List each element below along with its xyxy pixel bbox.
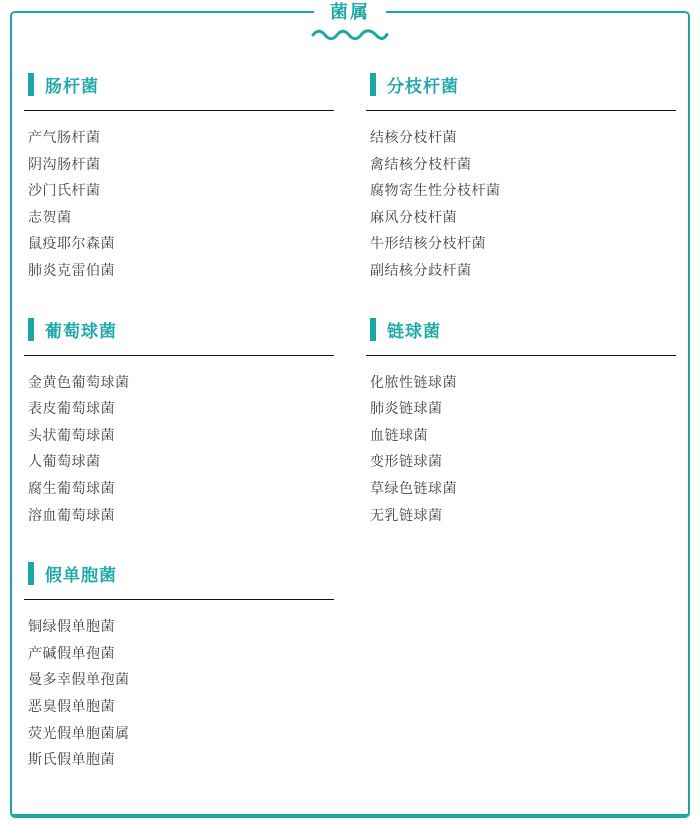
page-border-frame: 菌属 肠杆菌 产气肠杆菌 阴沟肠杆菌 沙门氏杆菌 志贺菌 鼠疫耶尔森菌 肺炎克雷…	[10, 11, 690, 818]
list-item: 无乳链球菌	[370, 502, 676, 529]
page-title: 菌属	[314, 0, 386, 24]
accent-bar-icon	[370, 318, 376, 341]
accent-bar-icon	[28, 318, 34, 341]
list-item: 腐物寄生性分枝杆菌	[370, 177, 676, 204]
section-header: 假单胞菌	[24, 561, 334, 600]
section-title: 假单胞菌	[45, 561, 117, 586]
accent-bar-icon	[370, 73, 376, 96]
section-mycobacterium: 分枝杆菌 结核分枝杆菌 禽结核分枝杆菌 腐物寄生性分枝杆菌 麻风分枝杆菌 牛形结…	[366, 72, 676, 284]
list-item: 金黄色葡萄球菌	[28, 369, 334, 396]
section-header: 分枝杆菌	[366, 72, 676, 111]
list-item: 肺炎克雷伯菌	[28, 257, 334, 284]
list-item: 溶血葡萄球菌	[28, 502, 334, 529]
section-streptococcus: 链球菌 化脓性链球菌 肺炎链球菌 血链球菌 变形链球菌 草绿色链球菌 无乳链球菌	[366, 317, 676, 529]
section-title: 链球菌	[387, 317, 441, 342]
list-item: 血链球菌	[370, 422, 676, 449]
section-title: 分枝杆菌	[387, 72, 459, 97]
wave-decoration	[12, 26, 688, 44]
section-header: 链球菌	[366, 317, 676, 356]
section-title: 肠杆菌	[45, 72, 99, 97]
wave-icon	[310, 26, 390, 42]
list-item: 变形链球菌	[370, 448, 676, 475]
list-item: 阴沟肠杆菌	[28, 151, 334, 178]
list-item: 曼多幸假单孢菌	[28, 666, 334, 693]
list-item: 麻风分枝杆菌	[370, 204, 676, 231]
list-item: 志贺菌	[28, 204, 334, 231]
list-item: 化脓性链球菌	[370, 369, 676, 396]
accent-bar-icon	[28, 73, 34, 96]
left-column: 肠杆菌 产气肠杆菌 阴沟肠杆菌 沙门氏杆菌 志贺菌 鼠疫耶尔森菌 肺炎克雷伯菌 …	[24, 72, 334, 806]
bacteria-list: 铜绿假单胞菌 产碱假单孢菌 曼多幸假单孢菌 恶臭假单胞菌 荧光假单胞菌属 斯氏假…	[24, 613, 334, 773]
bacteria-list: 化脓性链球菌 肺炎链球菌 血链球菌 变形链球菌 草绿色链球菌 无乳链球菌	[366, 369, 676, 529]
list-item: 表皮葡萄球菌	[28, 395, 334, 422]
section-header: 葡萄球菌	[24, 317, 334, 356]
section-enterobacter: 肠杆菌 产气肠杆菌 阴沟肠杆菌 沙门氏杆菌 志贺菌 鼠疫耶尔森菌 肺炎克雷伯菌	[24, 72, 334, 284]
section-pseudomonas: 假单胞菌 铜绿假单胞菌 产碱假单孢菌 曼多幸假单孢菌 恶臭假单胞菌 荧光假单胞菌…	[24, 561, 334, 773]
list-item: 牛形结核分枝杆菌	[370, 230, 676, 257]
list-item: 产气肠杆菌	[28, 124, 334, 151]
section-staphylococcus: 葡萄球菌 金黄色葡萄球菌 表皮葡萄球菌 头状葡萄球菌 人葡萄球菌 腐生葡萄球菌 …	[24, 317, 334, 529]
list-item: 头状葡萄球菌	[28, 422, 334, 449]
list-item: 荧光假单胞菌属	[28, 720, 334, 747]
list-item: 腐生葡萄球菌	[28, 475, 334, 502]
list-item: 产碱假单孢菌	[28, 640, 334, 667]
list-item: 人葡萄球菌	[28, 448, 334, 475]
bacteria-list: 结核分枝杆菌 禽结核分枝杆菌 腐物寄生性分枝杆菌 麻风分枝杆菌 牛形结核分枝杆菌…	[366, 124, 676, 284]
list-item: 恶臭假单胞菌	[28, 693, 334, 720]
bacteria-list: 产气肠杆菌 阴沟肠杆菌 沙门氏杆菌 志贺菌 鼠疫耶尔森菌 肺炎克雷伯菌	[24, 124, 334, 284]
section-title: 葡萄球菌	[45, 317, 117, 342]
list-item: 鼠疫耶尔森菌	[28, 230, 334, 257]
list-item: 肺炎链球菌	[370, 395, 676, 422]
right-column: 分枝杆菌 结核分枝杆菌 禽结核分枝杆菌 腐物寄生性分枝杆菌 麻风分枝杆菌 牛形结…	[366, 72, 676, 561]
accent-bar-icon	[28, 562, 34, 585]
bacteria-list: 金黄色葡萄球菌 表皮葡萄球菌 头状葡萄球菌 人葡萄球菌 腐生葡萄球菌 溶血葡萄球…	[24, 369, 334, 529]
list-item: 草绿色链球菌	[370, 475, 676, 502]
list-item: 铜绿假单胞菌	[28, 613, 334, 640]
list-item: 禽结核分枝杆菌	[370, 151, 676, 178]
list-item: 副结核分歧杆菌	[370, 257, 676, 284]
section-header: 肠杆菌	[24, 72, 334, 111]
list-item: 结核分枝杆菌	[370, 124, 676, 151]
content-grid: 肠杆菌 产气肠杆菌 阴沟肠杆菌 沙门氏杆菌 志贺菌 鼠疫耶尔森菌 肺炎克雷伯菌 …	[12, 44, 688, 806]
list-item: 沙门氏杆菌	[28, 177, 334, 204]
list-item: 斯氏假单胞菌	[28, 746, 334, 773]
